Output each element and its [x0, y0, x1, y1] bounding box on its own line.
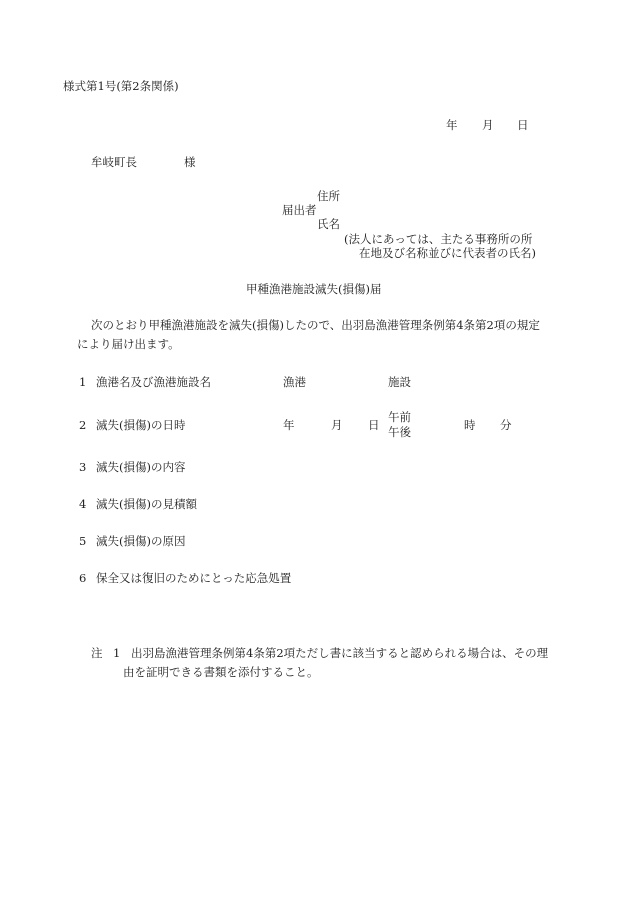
date-year: 年: [446, 120, 458, 132]
intro-line1: 次のとおり甲種漁港施設を滅失(損傷)したので、出羽島漁港管理条例第4条第2項の規…: [91, 320, 540, 332]
item-number: 5: [79, 536, 86, 548]
name-label: 氏名: [317, 219, 340, 231]
note-prefix: 注: [91, 648, 103, 660]
incident-am: 午前: [388, 412, 411, 424]
incident-month: 月: [331, 420, 343, 432]
document-title: 甲種漁港施設滅失(損傷)届: [246, 284, 381, 296]
incident-minute: 分: [500, 420, 512, 432]
item-label: 滅失(損傷)の日時: [96, 420, 185, 432]
intro-line2: により届け出ます。: [77, 339, 180, 351]
addressee-honorific: 様: [184, 157, 196, 169]
note-line1: 出羽島漁港管理条例第4条第2項ただし書に該当すると認められる場合は、その理: [131, 648, 548, 660]
item-label: 滅失(損傷)の見積額: [96, 499, 197, 511]
document-page: 様式第1号(第2条関係) 年 月 日 牟岐町長 様 住所 届出者 氏名 (法人に…: [0, 0, 630, 903]
corporate-note-line1: (法人にあっては、主たる事務所の所: [344, 234, 532, 246]
applicant-label: 届出者: [282, 205, 317, 217]
address-label: 住所: [317, 191, 340, 203]
item-number: 4: [79, 499, 86, 511]
item-number: 6: [79, 573, 86, 585]
incident-year: 年: [283, 420, 295, 432]
incident-pm: 午後: [388, 427, 411, 439]
item-label: 漁港名及び漁港施設名: [96, 377, 211, 389]
addressee-name: 牟岐町長: [91, 157, 137, 169]
form-label: 様式第1号(第2条関係): [63, 81, 179, 93]
item-label: 保全又は復旧のためにとった応急処置: [96, 573, 291, 585]
facility-field-label: 施設: [388, 377, 411, 389]
harbor-field-label: 漁港: [283, 377, 306, 389]
item-number: 2: [79, 420, 86, 432]
incident-day: 日: [368, 420, 380, 432]
incident-hour: 時: [464, 420, 476, 432]
date-month: 月: [482, 120, 494, 132]
item-label: 滅失(損傷)の原因: [96, 536, 185, 548]
date-day: 日: [517, 120, 529, 132]
note-number: 1: [113, 648, 120, 660]
corporate-note-line2: 在地及び名称並びに代表者の氏名): [359, 248, 536, 260]
note-line2: 由を証明できる書類を添付すること。: [123, 667, 319, 679]
item-label: 滅失(損傷)の内容: [96, 462, 185, 474]
item-number: 1: [79, 377, 86, 389]
item-number: 3: [79, 462, 86, 474]
